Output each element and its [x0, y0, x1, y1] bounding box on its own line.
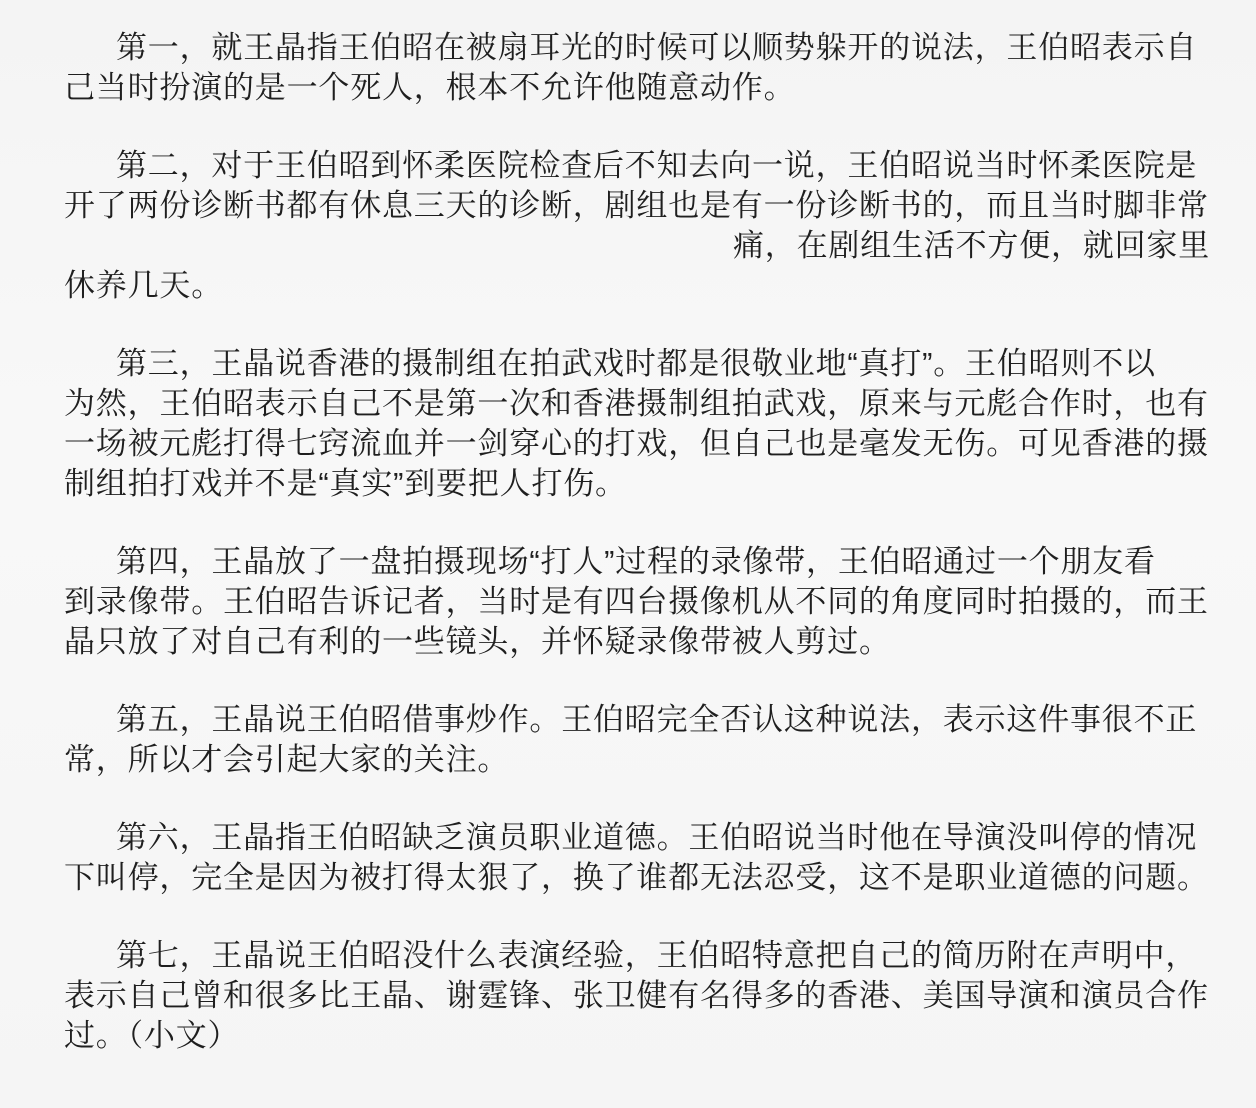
- paragraph-4: 第四，王晶放了一盘拍摄现场“打人”过程的录像带，王伯昭通过一个朋友看到录像带。王…: [64, 542, 1210, 662]
- document-page: 第一，就王晶指王伯昭在被扇耳光的时候可以顺势躲开的说法，王伯昭表示自己当时扮演的…: [0, 0, 1256, 1108]
- paragraph-6: 第六，王晶指王伯昭缺乏演员职业道德。王伯昭说当时他在导演没叫停的情况下叫停，完全…: [64, 818, 1210, 898]
- text-line: 痛，在剧组生活不方便，就回家里: [64, 226, 1210, 266]
- text-line: 休养几天。: [64, 266, 1210, 306]
- text-line: 开了两份诊断书都有休息三天的诊断，剧组也是有一份诊断书的，而且当时脚非常: [64, 186, 1210, 226]
- text-line: 己当时扮演的是一个死人，根本不允许他随意动作。: [64, 68, 1210, 108]
- text-line: 第七，王晶说王伯昭没什么表演经验，王伯昭特意把自己的简历附在声明中，: [64, 936, 1210, 976]
- text-line: 到录像带。王伯昭告诉记者，当时是有四台摄像机从不同的角度同时拍摄的，而王: [64, 582, 1210, 622]
- text-line: 第四，王晶放了一盘拍摄现场“打人”过程的录像带，王伯昭通过一个朋友看: [64, 542, 1210, 582]
- text-line: 表示自己曾和很多比王晶、谢霆锋、张卫健有名得多的香港、美国导演和演员合作: [64, 976, 1210, 1016]
- text-line: 为然，王伯昭表示自己不是第一次和香港摄制组拍武戏，原来与元彪合作时，也有: [64, 384, 1210, 424]
- paragraph-1: 第一，就王晶指王伯昭在被扇耳光的时候可以顺势躲开的说法，王伯昭表示自己当时扮演的…: [64, 28, 1210, 108]
- text-line: 过。（小文）: [64, 1016, 1210, 1056]
- text-line: 第三，王晶说香港的摄制组在拍武戏时都是很敬业地“真打”。王伯昭则不以: [64, 344, 1210, 384]
- text-line: 第一，就王晶指王伯昭在被扇耳光的时候可以顺势躲开的说法，王伯昭表示自: [64, 28, 1210, 68]
- text-line: 晶只放了对自己有利的一些镜头，并怀疑录像带被人剪过。: [64, 622, 1210, 662]
- paragraph-2: 第二，对于王伯昭到怀柔医院检查后不知去向一说，王伯昭说当时怀柔医院是开了两份诊断…: [64, 146, 1210, 306]
- article-body: 第一，就王晶指王伯昭在被扇耳光的时候可以顺势躲开的说法，王伯昭表示自己当时扮演的…: [64, 28, 1210, 1056]
- paragraph-7: 第七，王晶说王伯昭没什么表演经验，王伯昭特意把自己的简历附在声明中，表示自己曾和…: [64, 936, 1210, 1056]
- text-line: 下叫停，完全是因为被打得太狠了，换了谁都无法忍受，这不是职业道德的问题。: [64, 858, 1210, 898]
- paragraph-5: 第五，王晶说王伯昭借事炒作。王伯昭完全否认这种说法，表示这件事很不正常，所以才会…: [64, 700, 1210, 780]
- text-line: 第六，王晶指王伯昭缺乏演员职业道德。王伯昭说当时他在导演没叫停的情况: [64, 818, 1210, 858]
- text-line: 制组拍打戏并不是“真实”到要把人打伤。: [64, 464, 1210, 504]
- text-line: 一场被元彪打得七窍流血并一剑穿心的打戏，但自己也是毫发无伤。可见香港的摄: [64, 424, 1210, 464]
- text-line: 常，所以才会引起大家的关注。: [64, 740, 1210, 780]
- text-line: 第五，王晶说王伯昭借事炒作。王伯昭完全否认这种说法，表示这件事很不正: [64, 700, 1210, 740]
- text-line: 第二，对于王伯昭到怀柔医院检查后不知去向一说，王伯昭说当时怀柔医院是: [64, 146, 1210, 186]
- paragraph-3: 第三，王晶说香港的摄制组在拍武戏时都是很敬业地“真打”。王伯昭则不以为然，王伯昭…: [64, 344, 1210, 504]
